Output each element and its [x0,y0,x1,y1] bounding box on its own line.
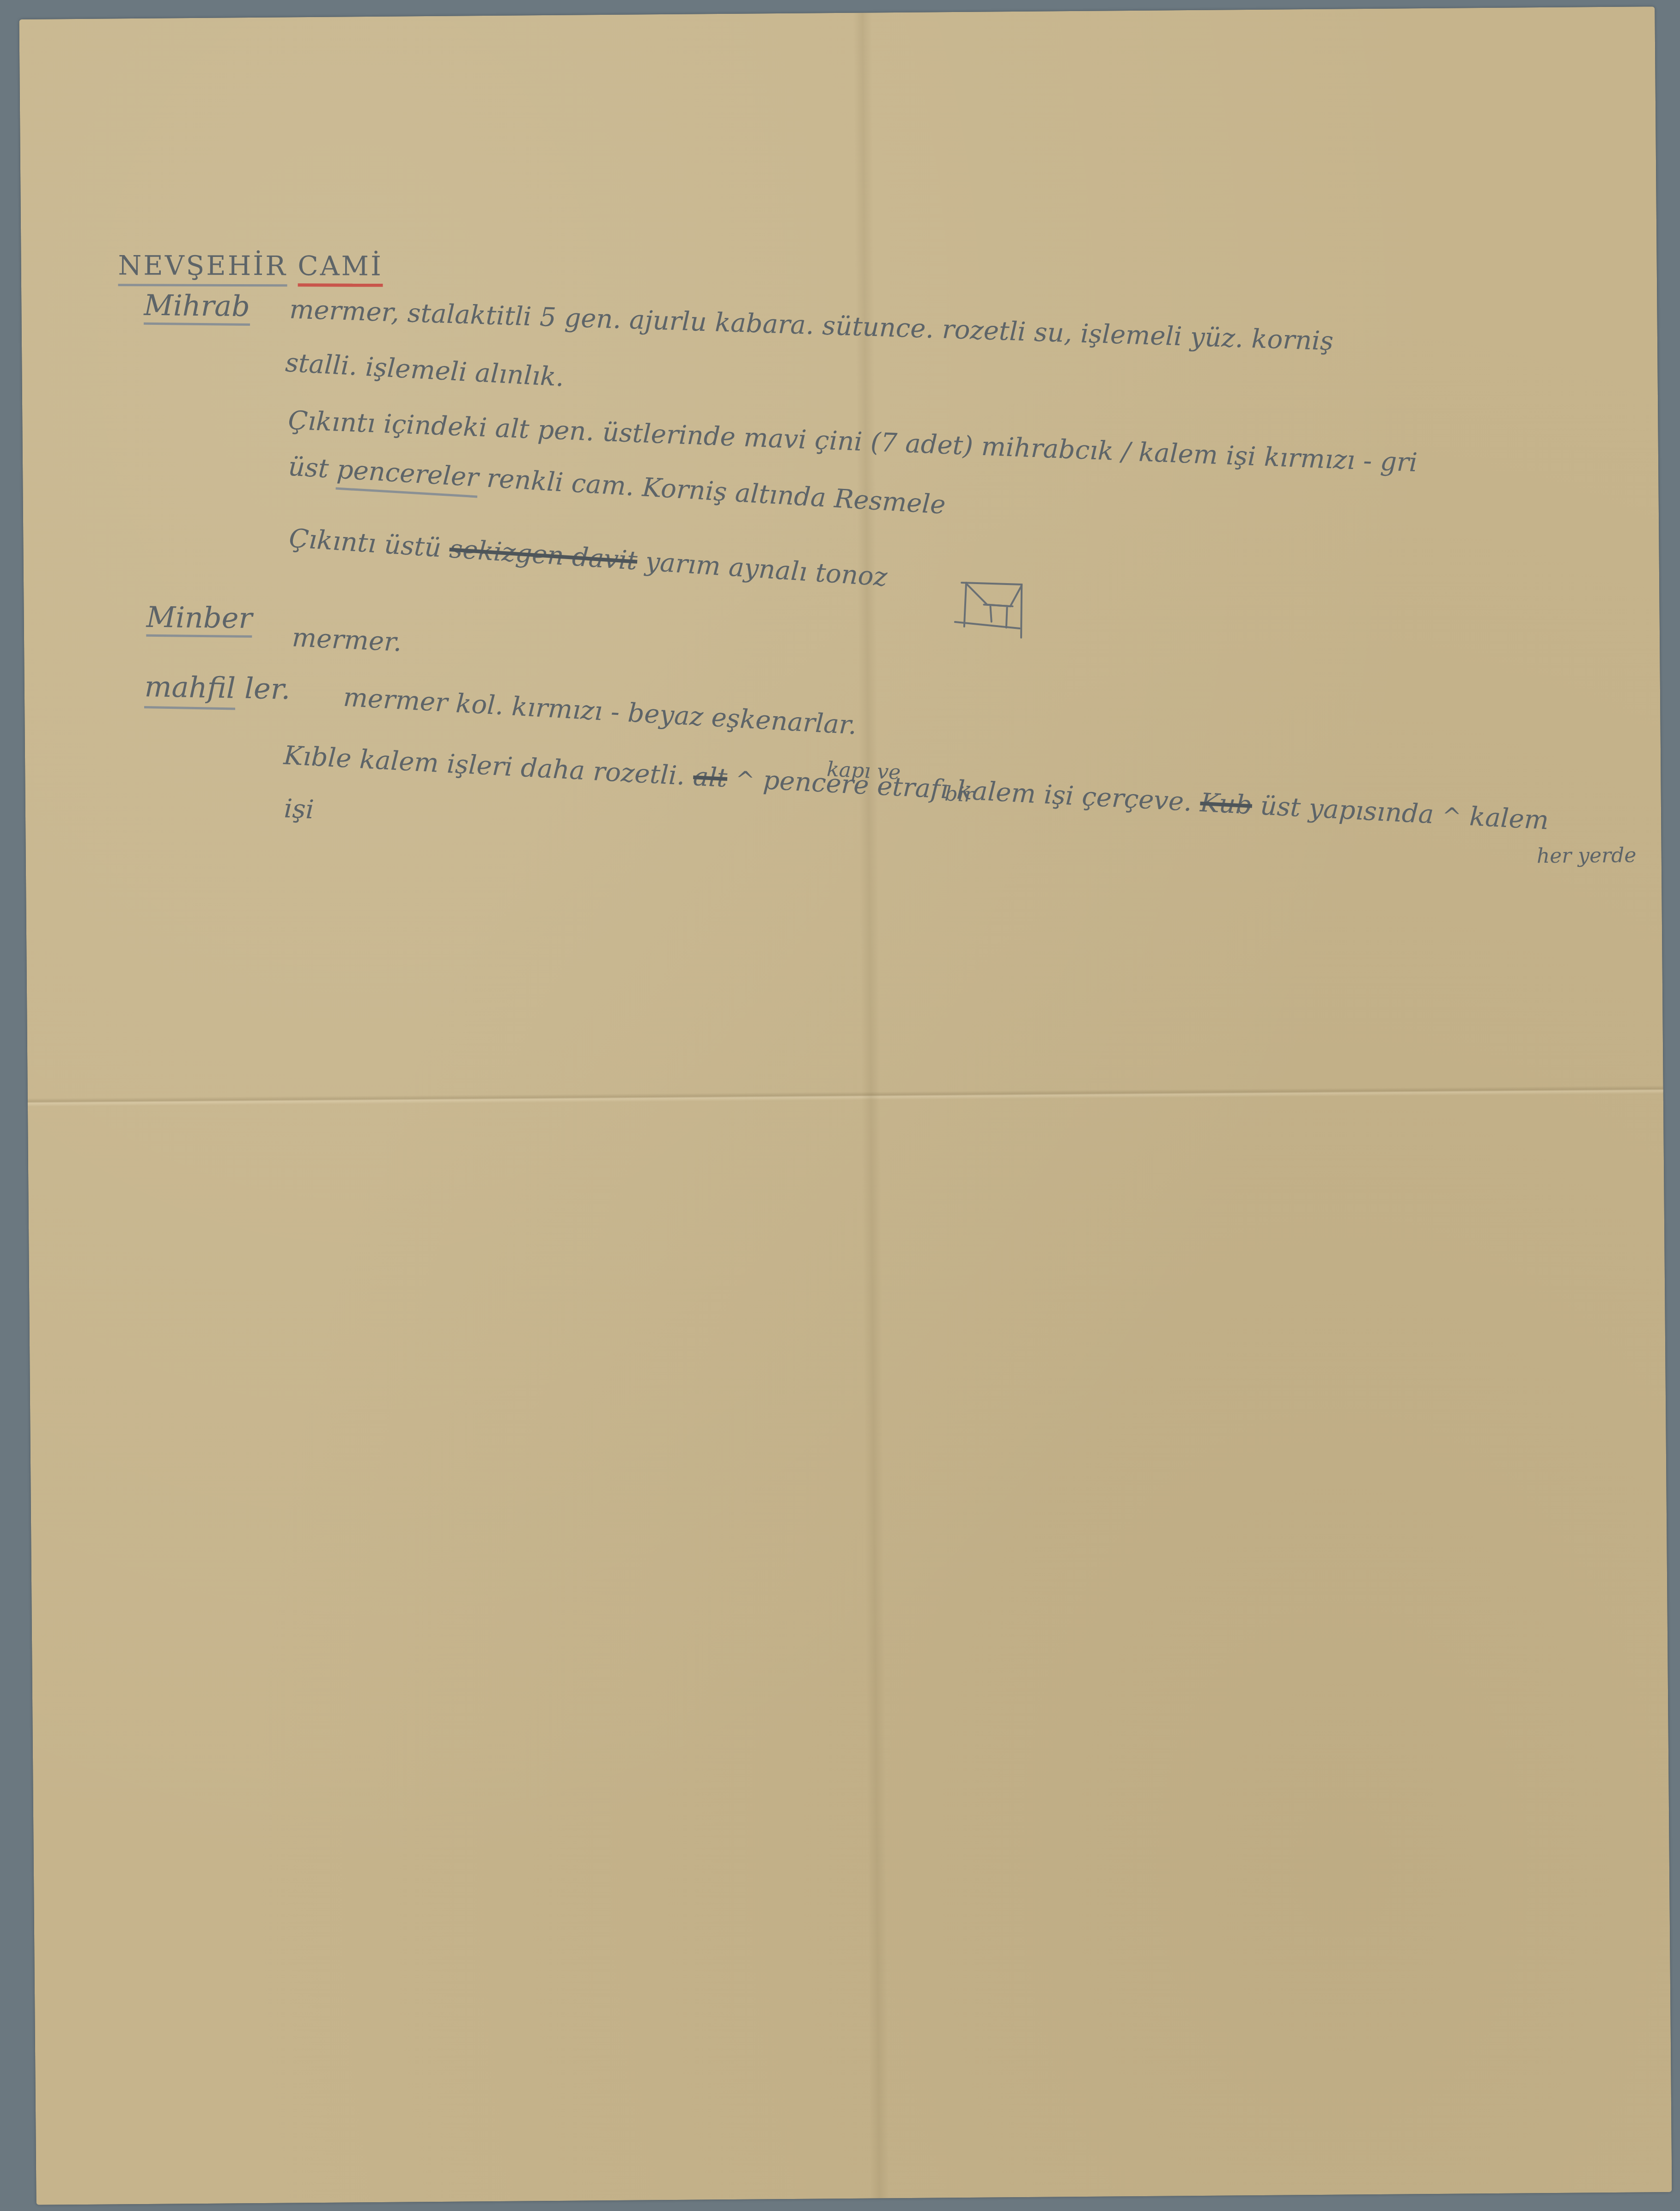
mihrab-line-4-rest: renkli cam. Korniş altında Resmele [486,463,947,520]
paper-sheet: NEVŞEHİR CAMİ Mihrab mermer, stalaktitli… [19,6,1672,2205]
mahfil-line-2-continuation: işi [284,796,315,823]
section-label-mahfil: mahfil ler. [144,672,291,704]
heading-mosque-word: CAMİ [298,250,383,286]
mahfil-line-1: mermer kol. kırmızı - beyaz eşkenarlar. [342,685,857,739]
mahfil-line-2-end: kalem [1469,802,1550,836]
mahfil-label-word: mahfil [144,670,236,710]
insertion-caret-icon: ^ [1441,803,1462,830]
struck-text: sekizgen davit [449,534,639,576]
mihrab-line-5: Çıkıntı üstü sekizgen davit yarım aynalı… [288,525,888,591]
horizontal-fold-line [28,1085,1663,1107]
insertion-caret-icon: ^ [735,766,755,794]
mihrab-line-5-rest: yarım aynalı tonoz [645,547,888,592]
mahfil-label-suffix: ler. [244,671,291,706]
mihrab-line-5-prefix: Çıkıntı üstü [288,523,442,563]
mihrab-line-1: mermer, stalaktitli 5 gen. ajurlu kabara… [289,297,1334,354]
mahfil-line-2-window: pencere [762,765,870,801]
mihrab-line-2: stalli. işlemeli alınlık. [285,350,565,391]
mirrored-vault-sketch-icon [952,573,1036,647]
section-label-minber: Minber [146,603,252,638]
heading-place-name: NEVŞEHİR [118,250,287,286]
page-heading: NEVŞEHİR CAMİ [118,252,383,280]
struck-text: Kub [1199,788,1253,821]
minber-text: mermer. [292,625,402,656]
mihrab-line-4: üst pencereler renkli cam. Korniş altınd… [287,454,946,518]
mahfil-line-2-upper: üst yapısında [1260,791,1435,829]
mahfil-line-2-frame: etrafı kalem işi çerçeve. [877,771,1193,817]
section-label-mihrab: Mihrab [144,291,250,326]
struck-text: alt [693,761,728,793]
mahfil-line-2-start: Kıble kalem işleri daha rozetli. [283,741,686,792]
insert-above-everywhere: her yerde [1537,846,1637,867]
mihrab-line-4-windows: pencereler [336,455,480,498]
mihrab-line-4-prefix: üst [287,451,329,484]
mahfil-line-2: Kıble kalem işleri daha rozetli. alt ^ p… [283,743,1550,834]
